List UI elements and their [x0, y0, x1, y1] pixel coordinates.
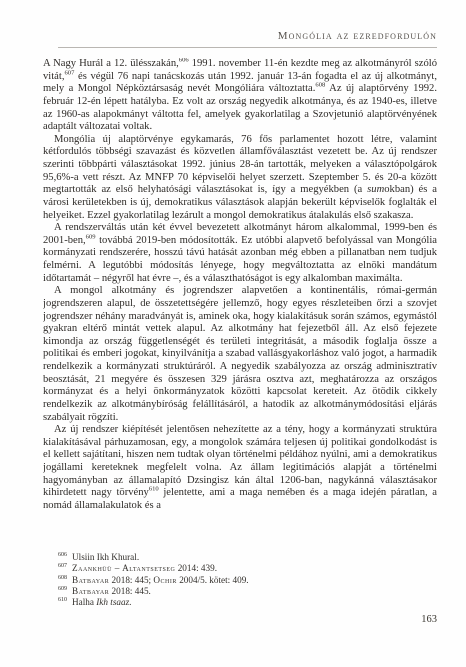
- smallcaps-text: Zaankhüü – Altantsetseg: [72, 563, 175, 573]
- footnote: 608Batbayar 2018: 445; Ochir 2004/5. köt…: [58, 575, 437, 586]
- footnote: 607Zaankhüü – Altantsetseg 2014: 439.: [58, 563, 437, 574]
- smallcaps-text: Batbayar: [72, 575, 109, 585]
- footnotes: 606Ulsiin Ikh Khural.607Zaankhüü – Altan…: [43, 552, 437, 608]
- running-header: Mongólia az ezredfordulón: [43, 30, 437, 42]
- paragraph: Az új rendszer kiépítését jelentősen neh…: [43, 424, 437, 512]
- header-rule: [58, 47, 437, 48]
- footnote-ref: 606: [179, 58, 189, 63]
- footnote-ref: 610: [149, 486, 159, 493]
- body-text: A Nagy Hurál a 12. ülésszakán,606 1991. …: [43, 58, 437, 513]
- paragraph: A Nagy Hurál a 12. ülésszakán,606 1991. …: [43, 58, 437, 134]
- footnote-ref: 607: [64, 69, 74, 76]
- book-page: Mongólia az ezredfordulón A Nagy Hurál a…: [0, 0, 466, 667]
- page-number: 163: [43, 614, 437, 625]
- footnote-number: 608: [58, 575, 67, 581]
- page-header-title: Mongólia az ezredfordulón: [278, 30, 437, 42]
- footnote: 606Ulsiin Ikh Khural.: [58, 552, 437, 563]
- italic-text: Ikh tsaaz: [96, 597, 129, 607]
- smallcaps-text: Batbayar: [72, 586, 109, 596]
- footnote-number: 610: [58, 597, 67, 603]
- footnote-number: 607: [58, 563, 67, 569]
- footnote: 609Batbayar 2018: 445.: [58, 586, 437, 597]
- paragraph: A mongol alkotmány és jogrendszer alapve…: [43, 285, 437, 424]
- footnote-number: 606: [58, 552, 67, 558]
- footnote-ref: 608: [315, 82, 325, 89]
- paragraph: A rendszerváltás után két évvel bevezete…: [43, 222, 437, 285]
- footnote-number: 609: [58, 586, 67, 592]
- italic-text: sum: [367, 184, 384, 195]
- footnote-ref: 609: [86, 233, 96, 240]
- paragraph: Mongólia új alaptörvénye egykamarás, 76 …: [43, 134, 437, 222]
- footnote: 610Halha Ikh tsaaz.: [58, 597, 437, 608]
- smallcaps-text: Ochir: [153, 575, 176, 585]
